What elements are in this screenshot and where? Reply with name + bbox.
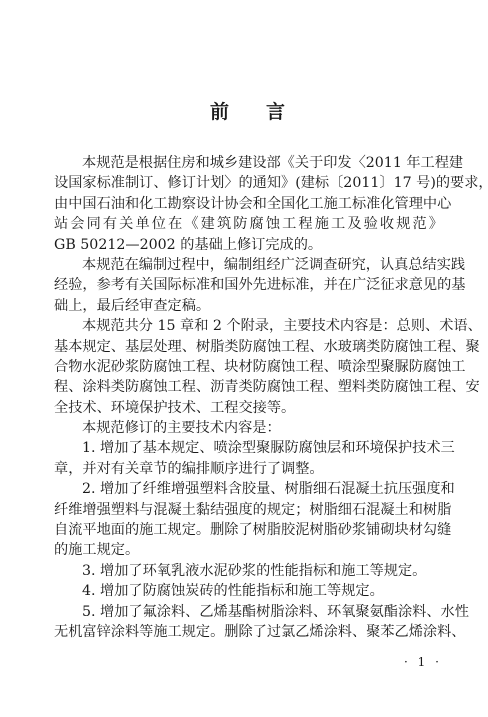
paragraph-line: 3. 增加了环氧乳液水泥砂浆的性能指标和施工等规定。 (54, 561, 443, 581)
paragraph-line: 2. 增加了纤维增强塑料含胶量、树脂细石混凝土抗压强度和 (54, 479, 443, 499)
preface-body: 本规范是根据住房和城乡建设部《关于印发〈2011 年工程建 设国家标准制订、修订… (54, 153, 443, 642)
paragraph-line: 本规范是根据住房和城乡建设部《关于印发〈2011 年工程建 (54, 153, 443, 173)
paragraph-line: 本规范在编制过程中，编制组经广泛调查研究，认真总结实践 (54, 255, 443, 275)
paragraph-line: 由中国石油和化工勘察设计协会和全国化工施工标准化管理中心 (54, 194, 443, 214)
paragraph-line: 5. 增加了氟涂料、乙烯基酯树脂涂料、环氧聚氨酯涂料、水性 (54, 602, 443, 622)
paragraph-line: 4. 增加了防腐蚀炭砖的性能指标和施工等规定。 (54, 581, 443, 601)
paragraph-line: 础上，最后经审查定稿。 (54, 296, 443, 316)
paragraph-line: 合物水泥砂浆防腐蚀工程、块材防腐蚀工程、喷涂型聚脲防腐蚀工 (54, 357, 443, 377)
paragraph-line: 的施工规定。 (54, 540, 443, 560)
paragraph-line: 本规范修订的主要技术内容是： (54, 418, 443, 438)
paragraph-line: 程、涂料类防腐蚀工程、沥青类防腐蚀工程、塑料类防腐蚀工程、安 (54, 377, 443, 397)
title-char-2: 言 (266, 100, 285, 124)
paragraph-line: 全技术、环境保护技术、工程交接等。 (54, 398, 443, 418)
title-char-1: 前 (210, 100, 229, 124)
page-number: · 1 · (404, 655, 442, 669)
paragraph-line: 站会同有关单位在《建筑防腐蚀工程施工及验收规范》 (54, 214, 443, 234)
paragraph-line: GB 50212—2002 的基础上修订完成的。 (54, 235, 443, 255)
paragraph-line: 经验，参考有关国际标准和国外先进标准，并在广泛征求意见的基 (54, 275, 443, 295)
paragraph-line: 本规范共分 15 章和 2 个附录，主要技术内容是：总则、术语、 (54, 316, 443, 336)
paragraph-line: 章，并对有关章节的编排顺序进行了调整。 (54, 459, 443, 479)
paragraph-line: 基本规定、基层处理、树脂类防腐蚀工程、水玻璃类防腐蚀工程、聚 (54, 337, 443, 357)
paragraph-line: 无机富锌涂料等施工规定。删除了过氯乙烯涂料、聚苯乙烯涂料、 (54, 622, 443, 642)
paragraph-line: 纤维增强塑料与混凝土黏结强度的规定；树脂细石混凝土和树脂 (54, 500, 443, 520)
paragraph-line: 1. 增加了基本规定、喷涂型聚脲防腐蚀层和环境保护技术三 (54, 438, 443, 458)
page-title: 前 言 (0, 100, 488, 126)
paragraph-line: 自流平地面的施工规定。删除了树脂胶泥树脂砂浆铺砌块材勾缝 (54, 520, 443, 540)
paragraph-line: 设国家标准制订、修订计划〉的通知》(建标〔2011〕17 号)的要求， (54, 173, 443, 193)
